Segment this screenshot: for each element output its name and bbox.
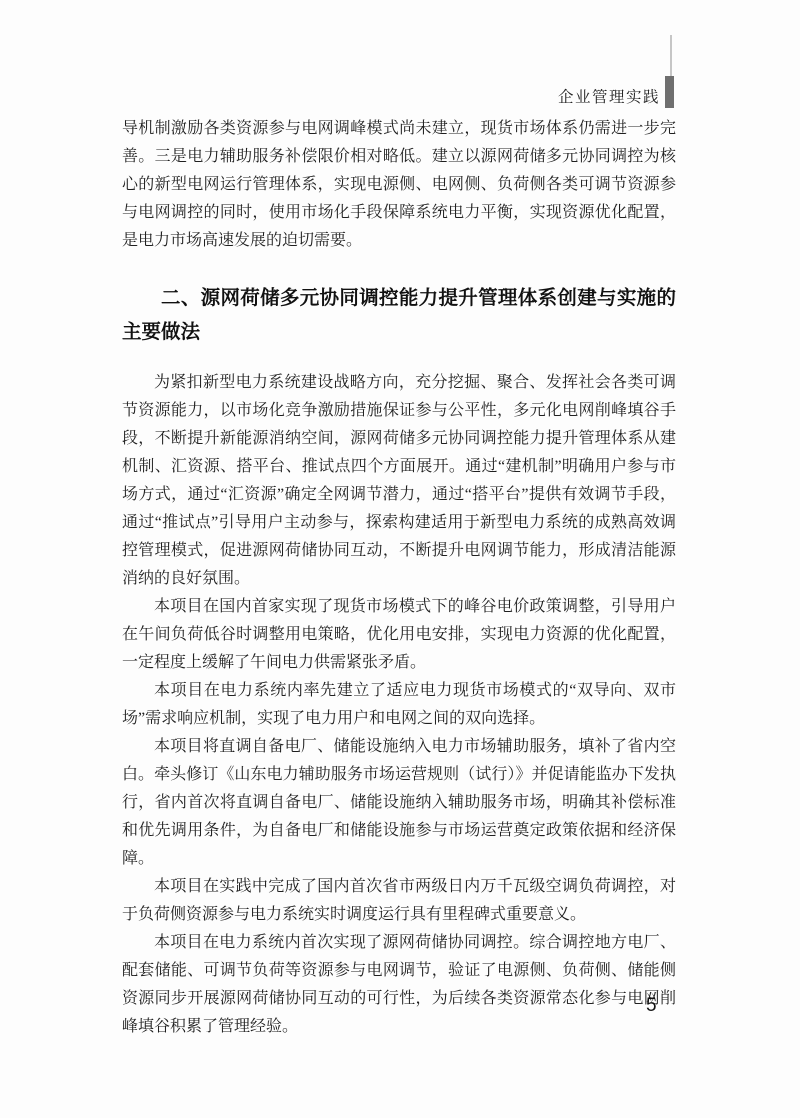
running-header-title: 企业管理实践 [558, 88, 660, 107]
paragraph: 为紧扣新型电力系统建设战略方向，充分挖掘、聚合、发挥社会各类可调节资源能力，以市… [122, 369, 676, 593]
intro-paragraph: 导机制激励各类资源参与电网调峰模式尚未建立，现货市场体系仍需进一步完善。三是电力… [122, 115, 676, 255]
header-accent-bar [665, 76, 674, 108]
paragraph: 本项目在电力系统内首次实现了源网荷储协同调控。综合调控地方电厂、配套储能、可调节… [122, 929, 676, 1041]
book-page: 企业管理实践 导机制激励各类资源参与电网调峰模式尚未建立，现货市场体系仍需进一步… [0, 0, 800, 1118]
paragraph: 本项目在国内首家实现了现货市场模式下的峰谷电价政策调整，引导用户在午间负荷低谷时… [122, 593, 676, 677]
header-accent-thin-line [670, 35, 672, 77]
section-heading: 二、源网荷储多元协同调控能力提升管理体系创建与实施的主要做法 [122, 281, 676, 349]
paragraph: 本项目在实践中完成了国内首次省市两级日内万千瓦级空调负荷调控，对于负荷侧资源参与… [122, 873, 676, 929]
page-number: 5 [646, 994, 657, 1018]
paragraph: 本项目在电力系统内率先建立了适应电力现货市场模式的“双导向、双市场”需求响应机制… [122, 677, 676, 733]
paragraph: 本项目将直调自备电厂、储能设施纳入电力市场辅助服务，填补了省内空白。牵头修订《山… [122, 733, 676, 873]
page-body: 导机制激励各类资源参与电网调峰模式尚未建立，现货市场体系仍需进一步完善。三是电力… [122, 115, 676, 1041]
